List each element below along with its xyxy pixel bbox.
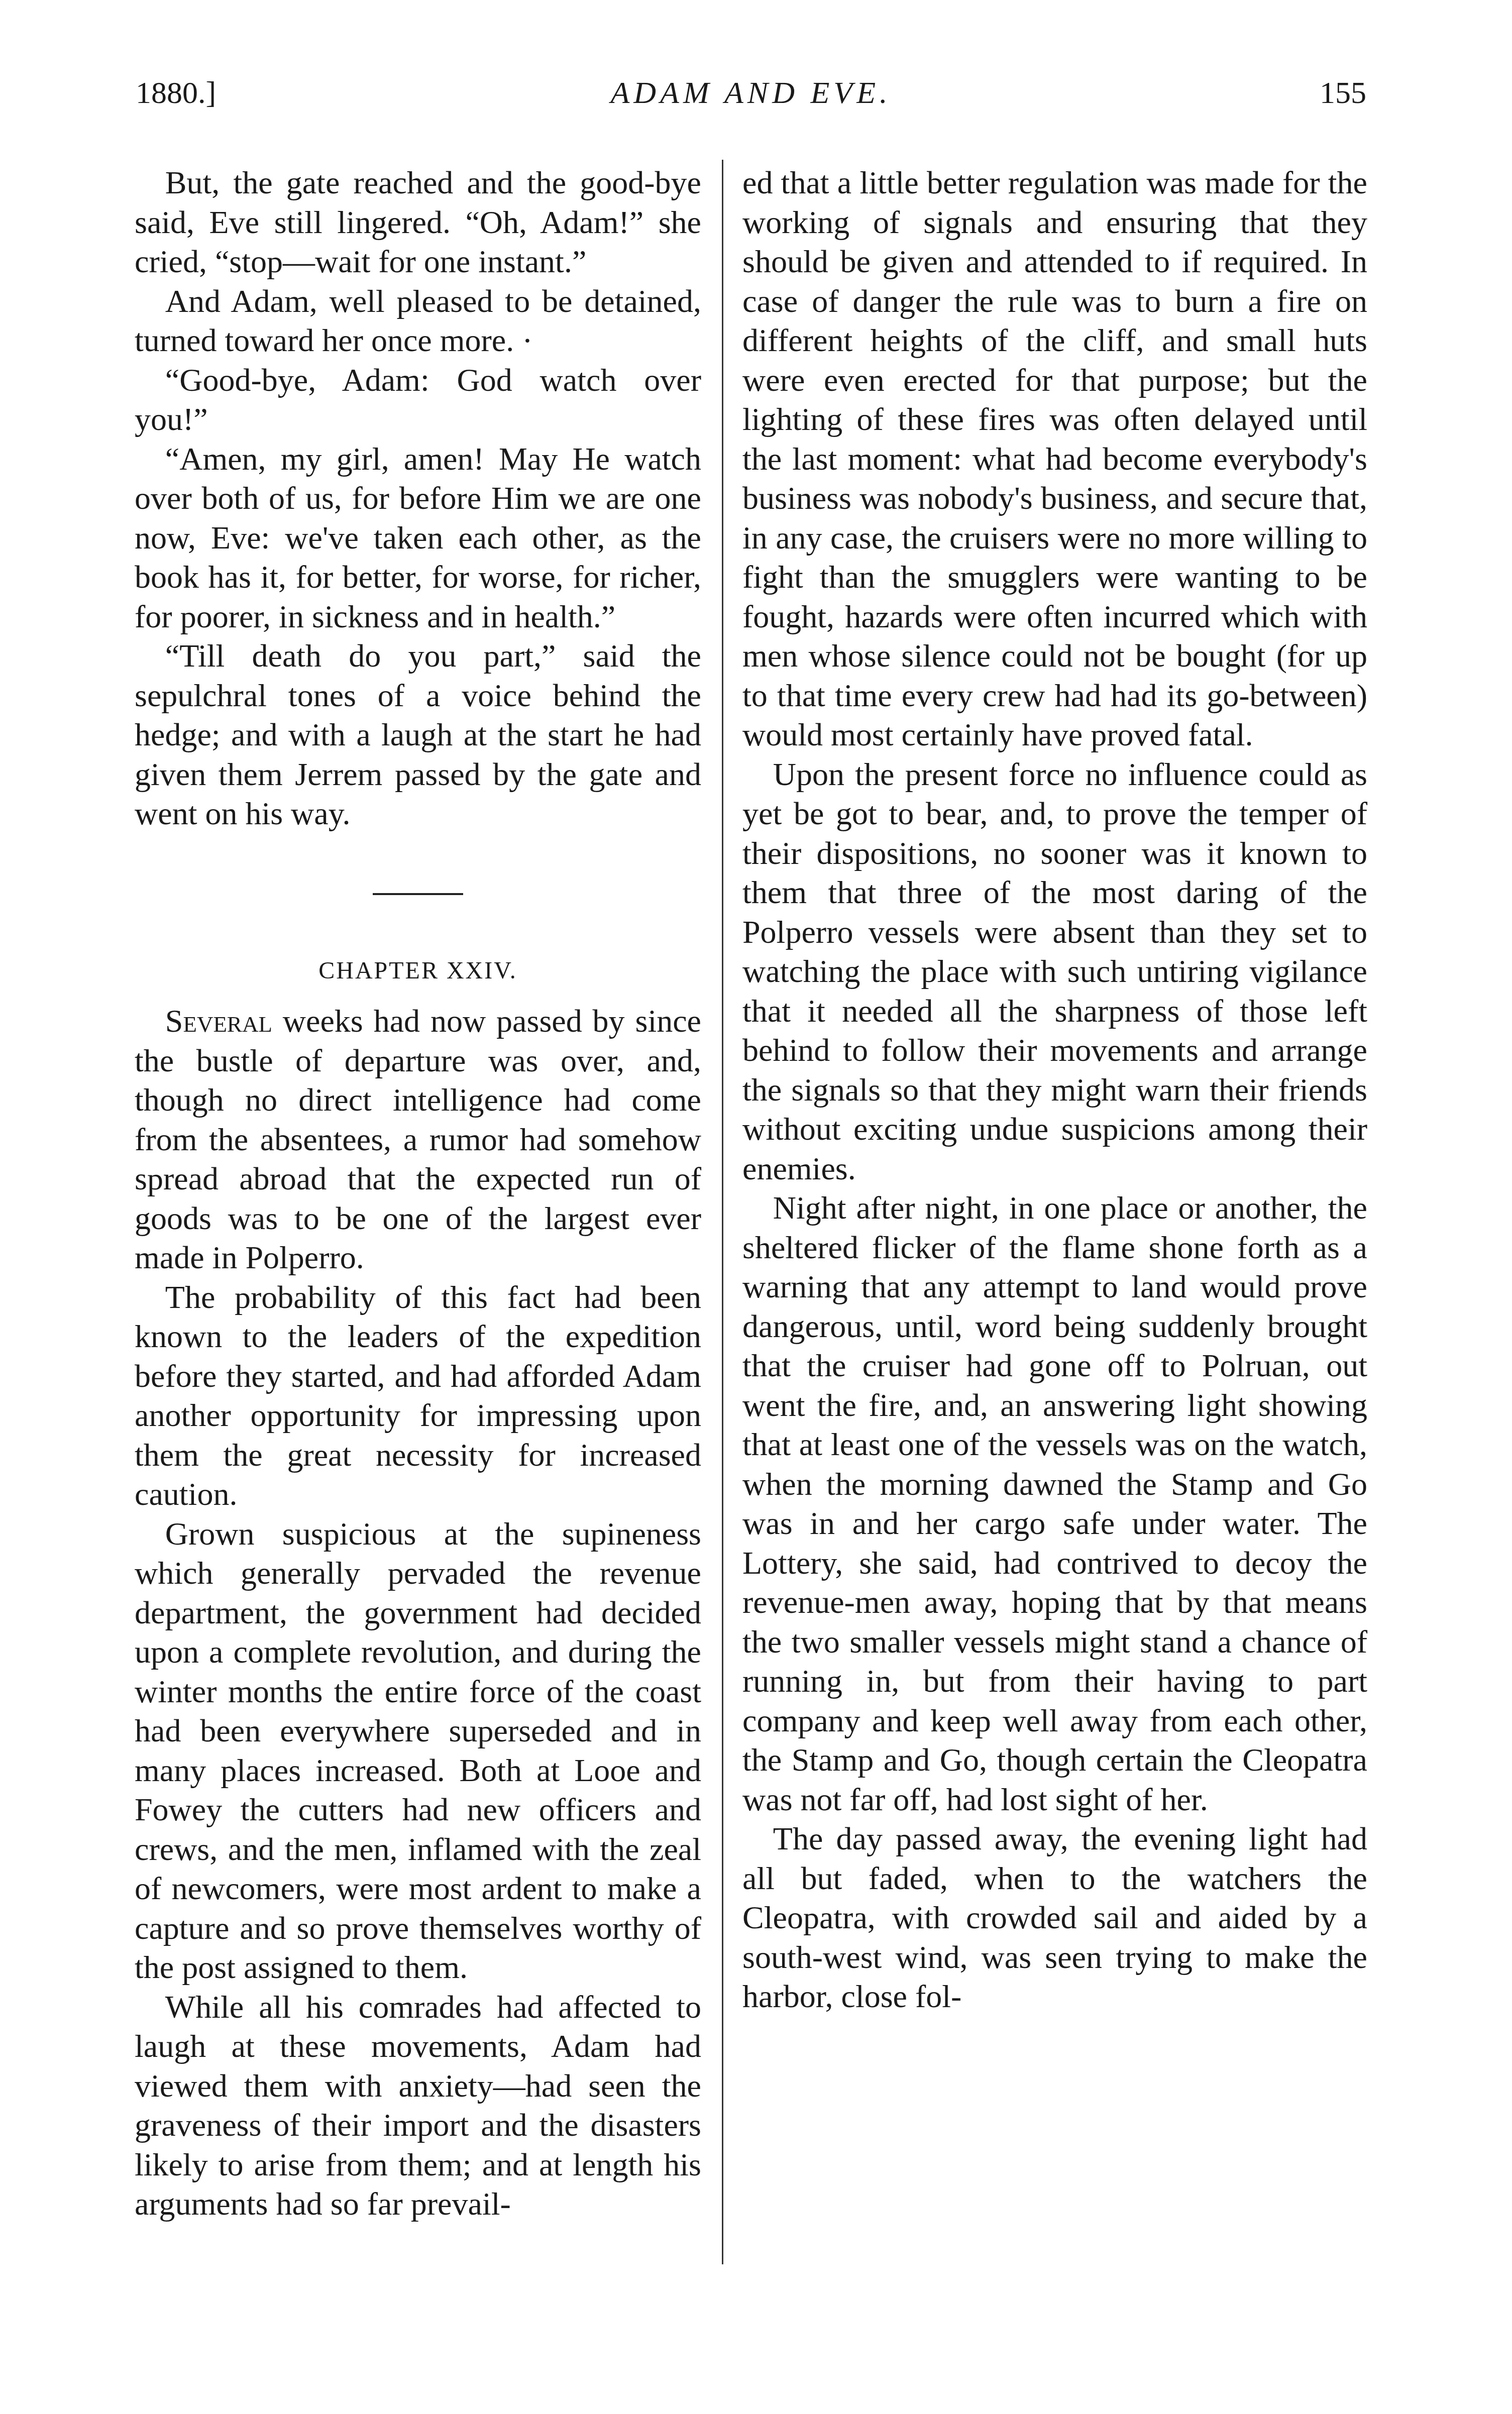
paragraph: Upon the present force no influence coul…: [742, 755, 1367, 1189]
chapter-opening-word: Several: [165, 1003, 272, 1039]
paragraph: But, the gate reached and the good-bye s…: [135, 163, 701, 282]
running-header: 1880.] ADAM AND EVE. 155: [136, 75, 1366, 131]
paragraph: Grown suspicious at the supineness which…: [135, 1514, 701, 1988]
paragraph: Several weeks had now passed by since th…: [135, 1002, 701, 1278]
page-number: 155: [1320, 75, 1366, 111]
left-column: But, the gate reached and the good-bye s…: [135, 163, 701, 2224]
header-title: ADAM AND EVE.: [136, 75, 1366, 111]
paragraph: The day passed away, the evening light h…: [742, 1819, 1367, 2017]
right-column: ed that a little better regulation was m…: [742, 163, 1367, 2017]
paragraph-text: weeks had now passed by since the bustle…: [135, 1003, 701, 1275]
paragraph: While all his comrades had affected to l…: [135, 1988, 701, 2224]
paragraph: “Amen, my girl, amen! May He watch over …: [135, 440, 701, 637]
paragraph: Night after night, in one place or anoth…: [742, 1188, 1367, 1819]
paragraph: “Good-bye, Adam: God watch over you!”: [135, 361, 701, 440]
chapter-heading: CHAPTER XXIV.: [135, 951, 701, 991]
paragraph: ed that a little better regulation was m…: [742, 163, 1367, 755]
paragraph: “Till death do you part,” said the sepul…: [135, 636, 701, 834]
section-divider: [373, 893, 463, 895]
paragraph: The probability of this fact had been kn…: [135, 1278, 701, 1514]
column-rule: [722, 160, 723, 2264]
paragraph: And Adam, well pleased to be detained, t…: [135, 282, 701, 361]
